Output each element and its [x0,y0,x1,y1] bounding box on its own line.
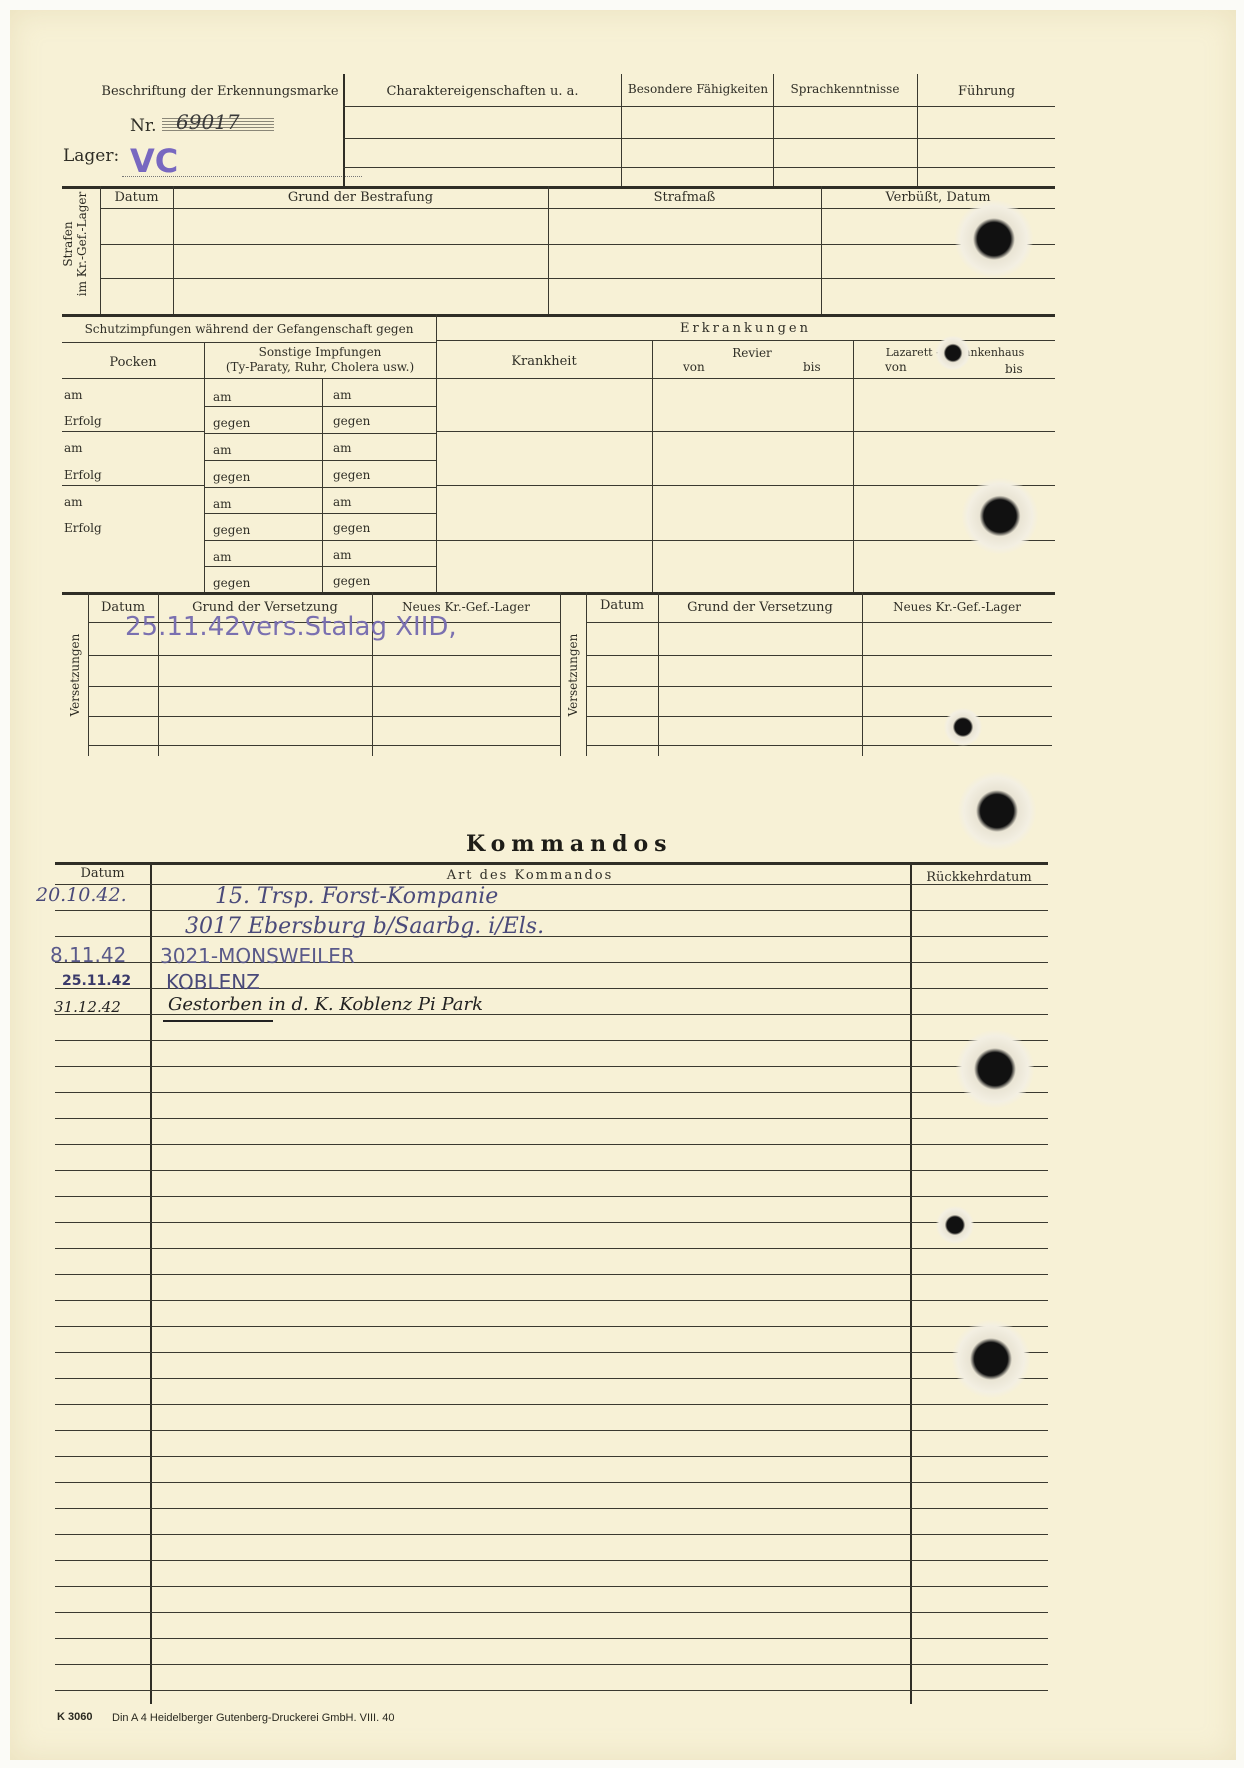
divider [586,592,587,756]
document-page [10,10,1236,1760]
divider [862,592,863,756]
ruled-line [55,884,1048,885]
kommandos-col-art: Art des Kommandos [150,868,910,883]
sonstige-a-am-1: am [213,390,232,404]
vers-right-col-datum: Datum [586,598,658,613]
ruled-line [55,1586,1048,1587]
faehigkeiten-header: Besondere Fähigkeiten [623,82,773,96]
divider [917,74,918,186]
nr-label: Nr. [130,116,157,136]
rule [343,138,1055,139]
rule [204,566,436,567]
ruled-line [55,1196,1048,1197]
rule [436,485,1055,486]
rule [204,487,436,488]
rule [62,592,1055,595]
ruled-line [55,1560,1048,1561]
rule [88,686,560,687]
rule [100,208,1055,209]
footer-form-number: K 3060 [57,1711,92,1723]
divider [88,592,89,756]
ruled-line [55,1040,1048,1041]
pocken-am-2: am [64,441,83,455]
col-sonstige-1: Sonstige Impfungen [204,345,436,359]
erkennungsmarke-header: Beschriftung der Erkennungsmarke [95,84,345,99]
divider [100,186,101,314]
ruled-line [55,1274,1048,1275]
col-pocken: Pocken [62,355,204,370]
kommando-row-2-art: 3017 Ebersburg b/Saarbg. i/Els. [185,914,544,939]
rule [343,106,1055,107]
divider [322,378,323,592]
rule [88,655,560,656]
divider [853,340,854,592]
strafen-col-strafmass: Strafmaß [548,190,821,205]
sonstige-a-am-3: am [213,497,232,511]
revier-von: von [683,360,705,374]
sprachen-header: Sprachkenntnisse [775,82,915,96]
revier-bis: bis [803,360,821,374]
ruled-line [55,1664,1048,1665]
ruled-line [55,1534,1048,1535]
sonstige-b-am-3: am [333,495,352,509]
kommandos-col-rueckkehr: Rückkehrdatum [910,870,1048,885]
ruled-line [55,1456,1048,1457]
rule [88,745,560,746]
divider [773,74,774,186]
lager-stamp: VC [130,142,178,180]
rule [62,342,436,343]
ruled-line [55,1326,1048,1327]
ruled-line [55,1404,1048,1405]
col-revier: Revier [652,346,852,360]
gestorben-underline [163,1020,273,1022]
ruled-line [55,1378,1048,1379]
punch-hole-2 [935,336,971,370]
ruled-line [55,1144,1048,1145]
ruled-line [55,1430,1048,1431]
vers-right-col-grund: Grund der Versetzung [658,600,862,615]
sonstige-a-gegen-1: gegen [213,416,250,430]
rule [436,540,1055,541]
ruled-line [55,1066,1048,1067]
sonstige-b-gegen-3: gegen [333,521,370,535]
strafen-side-label: Strafenim Kr.-Gef.-Lager [61,189,89,299]
kommando-row-3-datum: 8.11.42 [50,943,126,967]
rule [62,431,204,432]
col-krankheit: Krankheit [436,354,652,369]
rule [88,716,560,717]
nr-value: 69017 [176,110,240,134]
lazarett-von: von [885,360,907,374]
sonstige-a-am-2: am [213,443,232,457]
kommando-row-4-art: KOBLENZ [166,970,260,994]
kommando-row-4-datum: 25.11.42 [62,973,131,989]
kommando-row-5-datum: 31.12.42 [54,998,121,1016]
punch-hole-5 [958,772,1036,850]
divider [548,186,549,314]
rule [586,686,1052,687]
ruled-line [55,1612,1048,1613]
rule [586,655,1052,656]
pocken-am-3: am [64,495,83,509]
divider [173,186,174,314]
impfungen-header: Schutzimpfungen während der Gefangenscha… [62,322,436,336]
kommando-row-1-art: 15. Trsp. Forst-Kompanie [215,884,498,909]
punch-hole-3 [962,478,1038,554]
sonstige-a-am-4: am [213,550,232,564]
rule [62,485,204,486]
rule [204,540,436,541]
rule [204,513,436,514]
punch-hole-6 [956,1030,1034,1108]
ruled-line [55,1352,1048,1353]
punch-hole-7 [936,1206,974,1244]
divider [621,74,622,186]
sonstige-b-am-2: am [333,441,352,455]
ruled-line [55,1638,1048,1639]
strafen-col-verbuesst: Verbüßt, Datum [821,190,1055,205]
punch-hole-8 [952,1320,1030,1398]
rule [204,433,436,434]
pocken-am-1: am [64,388,83,402]
pocken-erfolg-2: Erfolg [64,468,102,482]
ruled-line [55,1690,1048,1691]
lazarett-bis: bis [1005,362,1023,376]
kommando-row-3-art: 3021-MONSWEILER [160,944,355,968]
rule [204,406,436,407]
rule [62,186,1055,189]
rule [62,378,1055,379]
sonstige-b-am-1: am [333,388,352,402]
charakter-header: Charaktereigenschaften u. a. [345,84,620,99]
divider [652,340,653,592]
sonstige-b-gegen-2: gegen [333,468,370,482]
rule [62,314,1055,317]
ruled-line [55,1482,1048,1483]
ruled-line [55,1300,1048,1301]
rule [204,460,436,461]
divider [658,592,659,756]
divider [821,186,822,314]
rule [100,244,1055,245]
ruled-line [55,1170,1048,1171]
sonstige-b-am-4: am [333,548,352,562]
sonstige-a-gegen-3: gegen [213,523,250,537]
sonstige-a-gegen-4: gegen [213,576,250,590]
pocken-erfolg-1: Erfolg [64,414,102,428]
sonstige-b-gegen-1: gegen [333,414,370,428]
rule [100,278,1055,279]
versetzungen-side-label-left: Versetzungen [68,630,82,720]
kommandos-col-datum: Datum [55,866,150,881]
rule [55,862,1048,865]
rule [436,431,1055,432]
sonstige-a-gegen-2: gegen [213,470,250,484]
punch-hole-4 [944,708,982,746]
versetzung-stamp: 25.11.42vers.Stalag XIID, [125,612,457,642]
ruled-line [55,1508,1048,1509]
divider [560,592,561,756]
strafen-col-grund: Grund der Bestrafung [173,190,548,205]
ruled-line [55,1248,1048,1249]
ruled-line [55,1118,1048,1119]
kommando-row-1-datum: 20.10.42. [36,884,127,906]
divider [204,342,205,592]
rule [586,745,1052,746]
fuehrung-header: Führung [919,84,1054,99]
footer-printer-info: Din A 4 Heidelberger Gutenberg-Druckerei… [112,1712,394,1724]
col-sonstige-2: (Ty-Paraty, Ruhr, Cholera usw.) [204,360,436,374]
sonstige-b-gegen-4: gegen [333,574,370,588]
rule [343,167,1055,168]
rule [586,716,1052,717]
kommandos-title: Kommandos [466,831,673,857]
ruled-line [55,1092,1048,1093]
ruled-line [55,1222,1048,1223]
pocken-erfolg-3: Erfolg [64,521,102,535]
vers-right-col-lager: Neues Kr.-Gef.-Lager [862,600,1052,614]
rule [586,622,1052,623]
ruled-line [55,910,1048,911]
lager-label: Lager: [63,146,119,166]
punch-hole-1 [955,200,1033,278]
kommando-row-5-art: Gestorben in d. K. Koblenz Pi Park [168,994,483,1015]
strafen-col-datum: Datum [100,190,173,205]
versetzungen-side-label-right: Versetzungen [566,630,580,720]
erkrankungen-header: Erkrankungen [436,321,1055,336]
